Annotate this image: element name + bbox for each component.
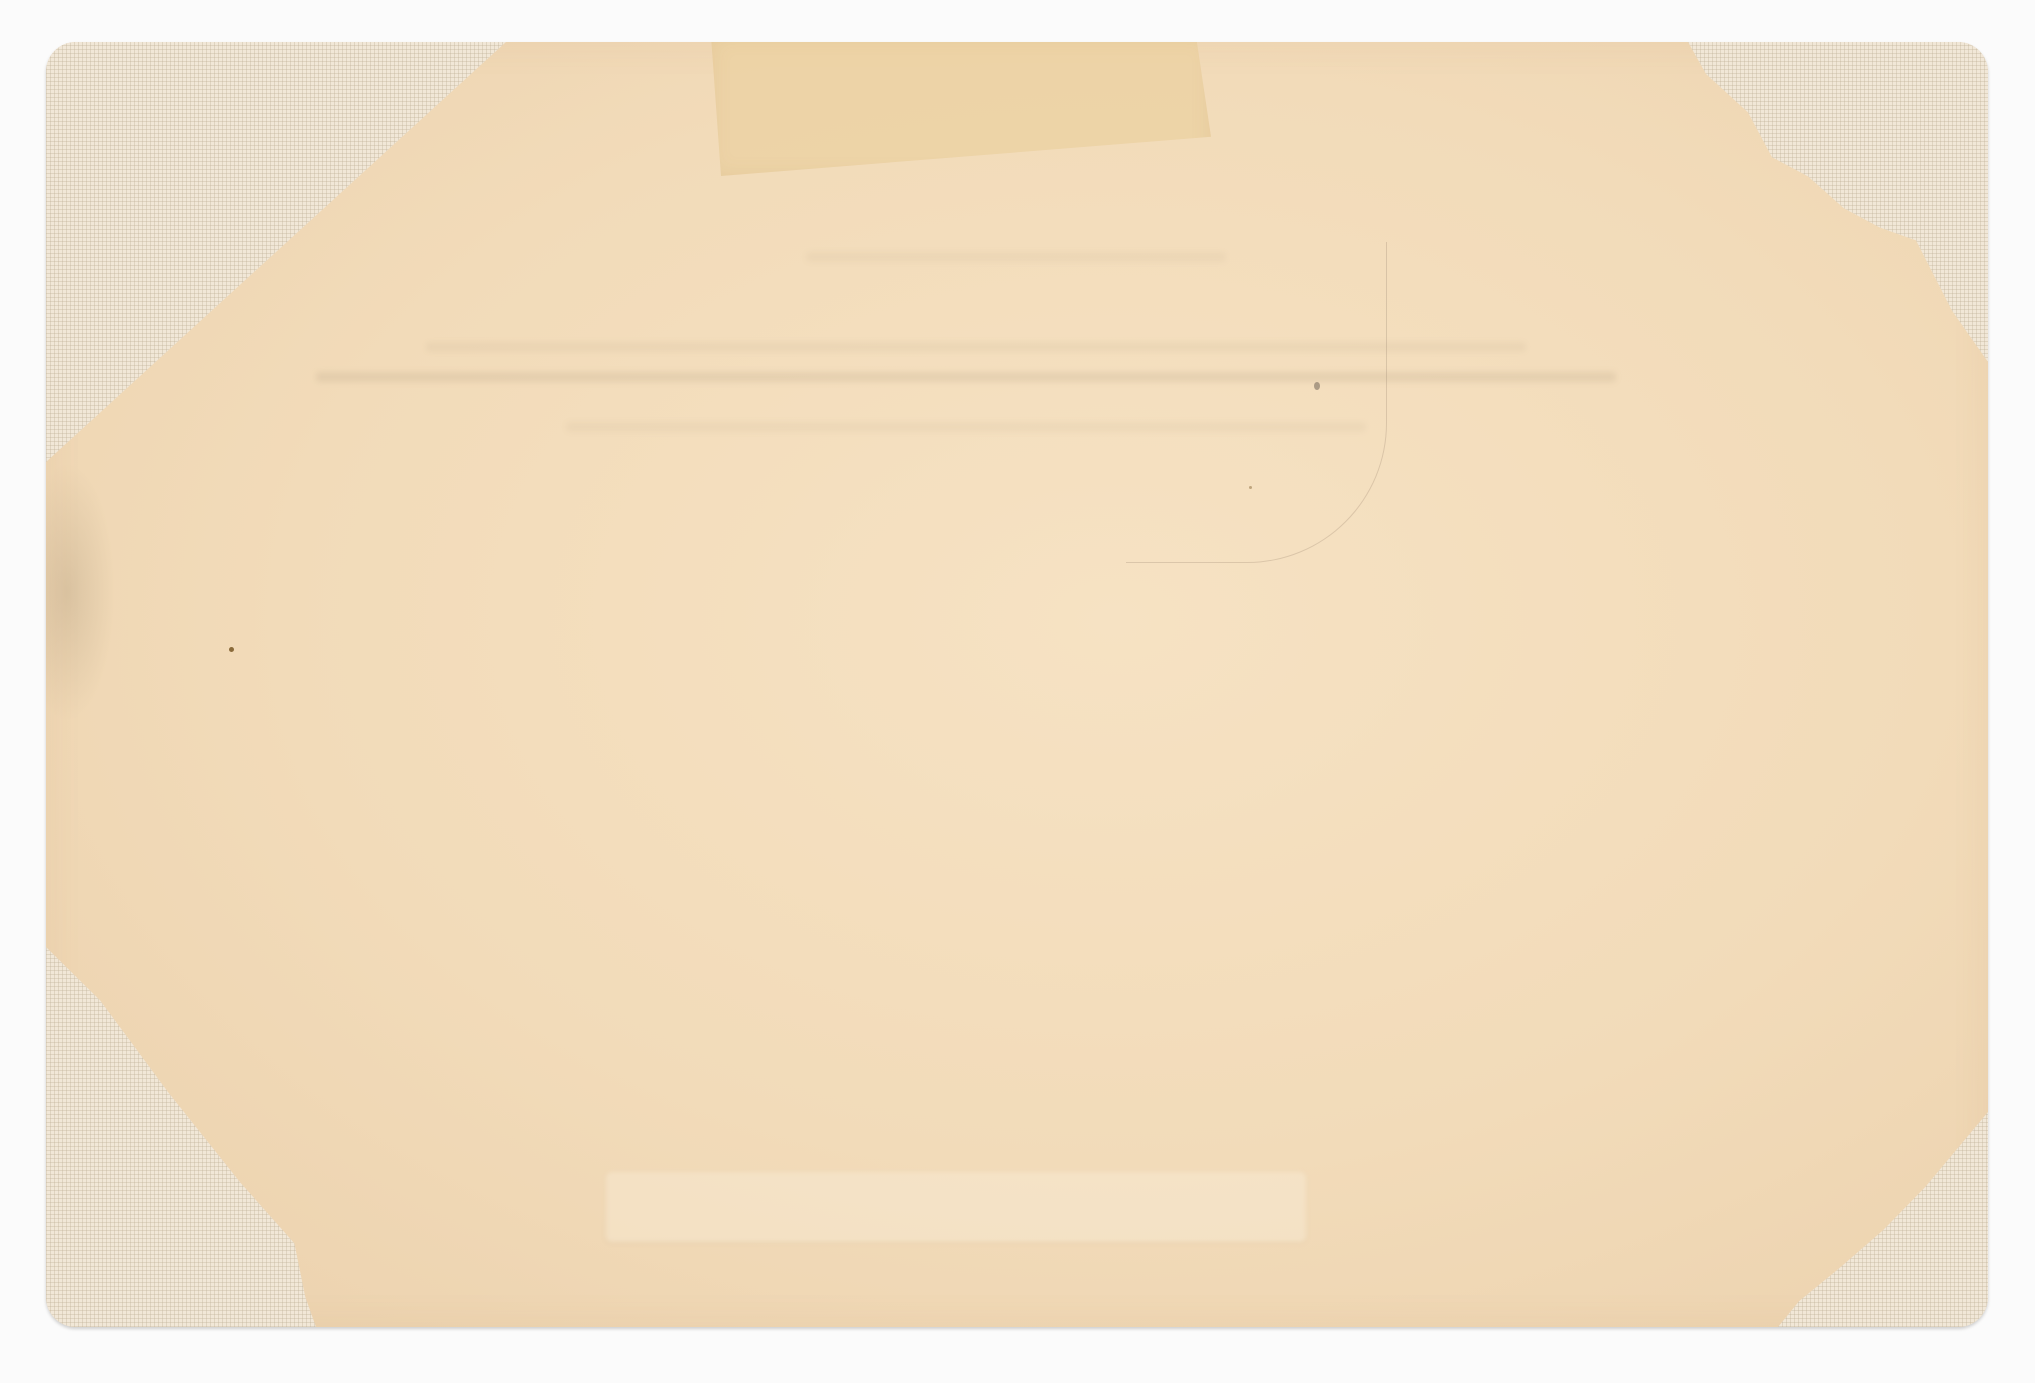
ghost-print-line [316, 372, 1616, 382]
foxing-spot [1249, 486, 1252, 489]
cabinet-card-back [46, 42, 1988, 1327]
pencil-mark [1126, 242, 1387, 563]
foxing-spot [1314, 382, 1320, 390]
cloth-corner-top-left [46, 42, 506, 462]
foxing-spot [229, 647, 234, 652]
embossed-imprint [606, 1172, 1306, 1242]
cloth-corner-top-right [1688, 42, 1988, 362]
cloth-corner-bottom-right [1778, 1112, 1988, 1327]
cloth-corner-bottom-left [46, 947, 316, 1327]
paper-tape-strip [711, 42, 1211, 176]
edge-stain [46, 462, 116, 722]
